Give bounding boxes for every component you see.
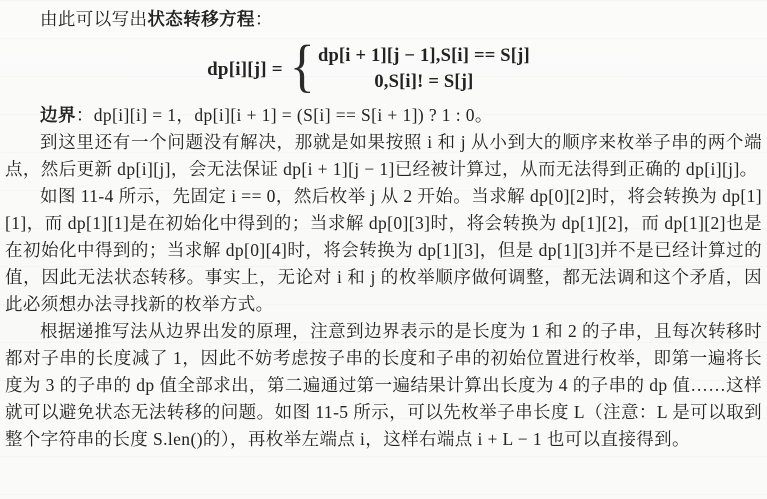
state-transfer-equation: dp[i][j] = { dp[i + 1][j − 1],S[i] == S[… [5,41,732,97]
intro-prefix: 由此可以写出 [40,9,147,29]
paragraph-figure-11-4-example: 如图 11-4 所示，先固定 i == 0，然后枚举 j 从 2 开始。当求解 … [5,183,762,318]
scanned-textbook-page: 由此可以写出状态转移方程： dp[i][j] = { dp[i + 1][j −… [0,0,767,499]
formula-cases: dp[i + 1][j − 1],S[i] == S[j] 0,S[i]! = … [318,43,530,95]
formula-case-match: dp[i + 1][j − 1],S[i] == S[j] [318,43,530,69]
boundary-line: 边界：dp[i][i] = 1，dp[i][i + 1] = (S[i] == … [5,102,762,129]
intro-line: 由此可以写出状态转移方程： [5,6,762,33]
boundary-bold-term: 边界 [40,105,76,125]
left-brace-glyph: { [290,38,315,96]
paragraph-enumeration-problem: 到这里还有一个问题没有解决，那就是如果按照 i 和 j 从小到大的顺序来枚举子串… [5,129,762,183]
formula-lhs: dp[i][j] = [207,56,283,83]
intro-bold-term: 状态转移方程 [147,9,254,29]
boundary-text: ：dp[i][i] = 1，dp[i][i + 1] = (S[i] == S[… [76,105,493,125]
paragraph-length-based-enumeration: 根据递推写法从边界出发的原理，注意到边界表示的是长度为 1 和 2 的子串，且每… [5,318,762,453]
intro-colon: ： [255,9,273,29]
formula-case-else: 0,S[i]! = S[j] [318,69,530,95]
